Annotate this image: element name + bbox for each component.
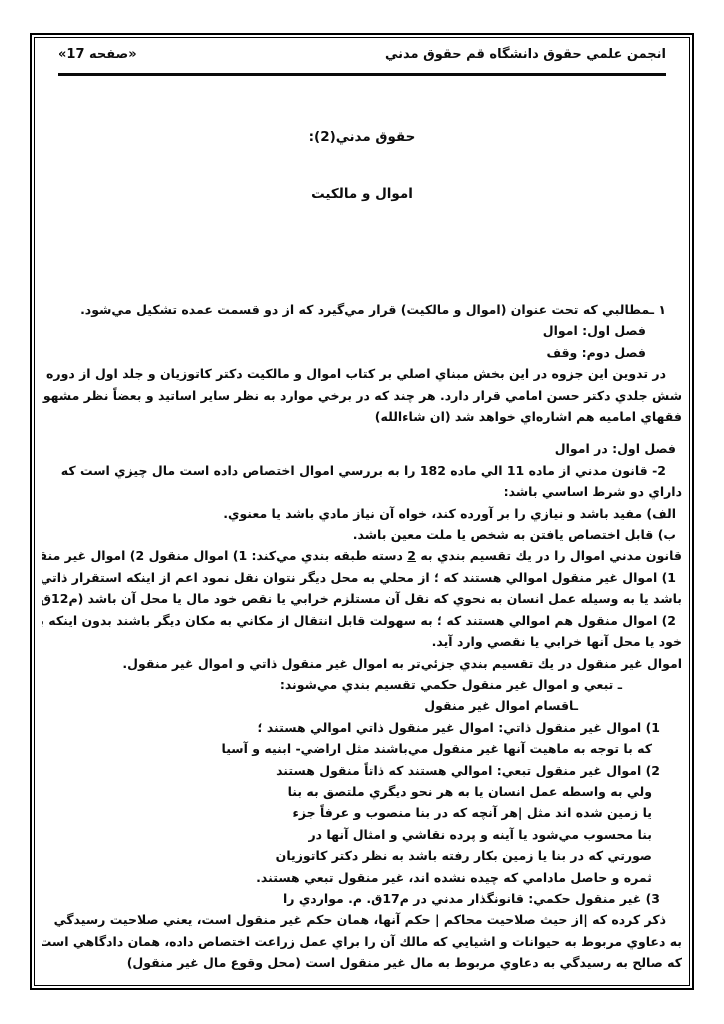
text-line: ـاقسام اموال غير منقول xyxy=(42,695,682,716)
document-title: حقوق مدني(2): xyxy=(35,128,689,146)
text-line: 2) اموال منقول هم اموالي هستند که ؛ به س… xyxy=(42,610,682,631)
text-line: 1) اموال غير منقول اموالي هستند که ؛ از … xyxy=(42,567,682,588)
page-border-inner: انجمن علمي حقوق دانشگاه قم حقوق مدني «صف… xyxy=(34,37,690,986)
text-line: يا زمين شده اند مثل |هر آنچه که در بنا م… xyxy=(42,802,682,823)
text-line: در تدوين اين جزوه در اين بخش مبناي اصلي … xyxy=(42,363,682,384)
document-subtitle: اموال و مالکيت xyxy=(35,185,689,203)
document-body: ۱ ـمطالبي که تحت عنوان (اموال و مالکيت) … xyxy=(42,299,682,974)
text-line: باشد يا به وسيله عمل انسان به نحوي که نق… xyxy=(42,588,682,609)
header-title: انجمن علمي حقوق دانشگاه قم حقوق مدني xyxy=(385,46,666,64)
text-line: 2- قانون مدني از ماده 11 الي ماده 182 را… xyxy=(42,460,682,481)
page: { "header": { "title": "انجمن علمي حقوق … xyxy=(0,0,724,1024)
text-line: خود يا محل آنها خرابي يا نقصي وارد آيد. xyxy=(42,631,682,652)
text-line: ثمره و حاصل مادامي که چيده نشده اند، غير… xyxy=(42,867,682,888)
text-line: ۱ ـمطالبي که تحت عنوان (اموال و مالکيت) … xyxy=(42,299,682,320)
text-line: فصل دوم: وقف xyxy=(42,342,682,363)
text-line: که با توجه به ماهيت آنها غير منقول مي‌با… xyxy=(42,738,682,759)
text-line: ولي به واسطه عمل انسان يا به هر نحو ديگر… xyxy=(42,781,682,802)
page-number: «صفحه 17» xyxy=(58,46,137,64)
text-line: داراي دو شرط اساسي باشد: xyxy=(42,481,682,502)
text-line: 3) غير منقول حکمي: قانونگذار مدني در م17… xyxy=(42,888,682,909)
text-line: ـ تبعي و اموال غير منقول حکمي تقسيم بندي… xyxy=(42,674,682,695)
text-line: اموال غير منقول در يك تقسيم بندي جزئي‌تر… xyxy=(42,653,682,674)
page-border-outer: انجمن علمي حقوق دانشگاه قم حقوق مدني «صف… xyxy=(30,33,694,990)
text-line: فصل اول: در اموال xyxy=(42,438,682,459)
title-block: حقوق مدني(2): اموال و مالکيت xyxy=(35,128,689,203)
text-line: که صالح به رسيدگي به دعاوي مربوط به مال … xyxy=(42,952,682,973)
text-line: به دعاوي مربوط به حيوانات و اشيايي که ما… xyxy=(42,931,682,952)
text-line: الف) مفيد باشد و نيازي را بر آورده کند، … xyxy=(42,503,682,524)
text-line: صورتي که در بنا يا زمين بکار رفته باشد ب… xyxy=(42,845,682,866)
text-line: شش جلدي دکتر حسن امامي قرار دارد. هر چند… xyxy=(42,385,682,406)
text-line: 2) اموال غير منقول تبعي: اموالي هستند که… xyxy=(42,760,682,781)
text-line: 1) اموال غير منقول ذاتي: اموال غير منقول… xyxy=(42,717,682,738)
page-header: انجمن علمي حقوق دانشگاه قم حقوق مدني «صف… xyxy=(58,46,666,76)
text-line: ذکر کرده که |از حيث صلاحيت محاکم | حکم آ… xyxy=(42,909,682,930)
text-line: قانون مدني اموال را در يك تقسيم بندي به … xyxy=(42,545,682,566)
text-line: ب) قابل اختصاص يافتن به شخص يا ملت معين … xyxy=(42,524,682,545)
text-line: فصل اول: اموال xyxy=(42,320,682,341)
text-line: فقهاي اماميه هم اشاره‌اي خواهد شد (ان شا… xyxy=(42,406,682,427)
text-line: بنا محسوب مي‌شود يا آينه و پرده نقاشي و … xyxy=(42,824,682,845)
